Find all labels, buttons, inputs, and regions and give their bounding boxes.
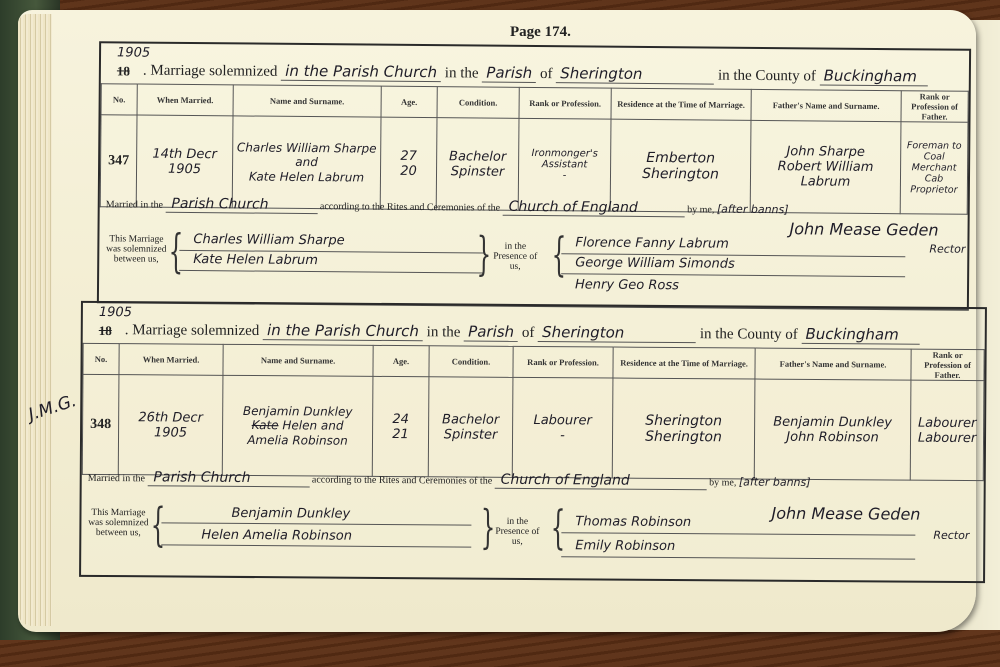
signature-bride: Helen Amelia Robinson [161,527,471,547]
register-table: No.When Married.Name and Surname.Age.Con… [82,343,985,481]
column-header: No. [101,84,137,115]
parish: Sherington [556,64,714,84]
year-printed-struck: 18 [99,323,112,339]
label-according-to: according to the Rites and Ceremonies of… [320,201,500,214]
rites-value: Church of England [503,199,685,218]
groom-age: 24 [376,411,425,426]
column-header: Condition. [429,346,513,378]
groom-rank: Ironmonger's Assistant [522,148,607,171]
bride-name: Kate Helen Labrum [236,169,377,185]
date-day: 26th Decr [122,410,219,426]
place: in the Parish Church [263,321,423,341]
column-header: When Married. [119,344,223,376]
groom-father-rank: Labourer [914,415,980,430]
witness-1: Florence Fanny Labrum [561,235,905,257]
column-header: Name and Surname. [233,85,381,117]
joiner: Helen and [282,419,343,433]
bride-residence: Sherington [616,428,751,445]
label-marriage-solemnized: . Marriage solemnized [143,63,278,80]
label-marriage-solemnized: . Marriage solemnized [125,322,260,339]
column-header: Father's Name and Surname. [755,348,911,380]
bride-age: 20 [384,163,433,178]
page-edges [18,14,52,626]
column-header: Name and Surname. [223,344,373,376]
label-county: in the County of [700,326,798,343]
bride-father-rank: Labourer [914,430,980,445]
year-written: 1905 [99,305,132,320]
entry-number: 348 [82,374,119,474]
date-year: 1905 [140,161,229,177]
signature-groom: Benjamin Dunkley [161,505,471,525]
register-table: No.When Married.Name and Surname.Age.Con… [100,83,969,215]
witness-1: Thomas Robinson [561,514,915,535]
groom-name: Charles William Sharpe [236,140,377,156]
bride-father: John Robinson [758,429,907,445]
column-header: Age. [373,345,429,376]
label-married-in: Married in the [88,473,145,484]
column-header: Rank or Profession of Father. [901,91,968,123]
banns-note: [after banns] [717,203,789,217]
date-year: 1905 [122,425,219,441]
banns-note: [after banns] [739,475,811,489]
groom-father-rank: Foreman to Coal Merchant [904,140,964,174]
label-of: of [522,325,535,341]
column-header: Residence at the Time of Marriage. [613,347,755,379]
label-in-presence: in the Presence of us, [489,243,541,273]
bride-residence: Sherington [614,165,747,182]
minister-title: Rector [929,242,965,255]
page-number: Page 174. [510,24,571,41]
year-written: 1905 [117,45,150,60]
groom-residence: Sherington [616,412,751,429]
groom-rank: Labourer [516,412,609,428]
bride-father-rank: Cab Proprietor [904,173,964,196]
groom-name: Benjamin Dunkley [226,404,369,419]
column-header: Rank or Profession of Father. [911,349,984,381]
entry-heading: 1905 18 . Marriage solemnized in the Par… [89,307,979,349]
groom-condition: Bachelor [440,149,515,165]
label-this-marriage: This Marriage was solemnized between us, [103,235,169,265]
bride-condition: Spinster [432,427,509,443]
year-printed-struck: 18 [117,63,130,79]
column-header: Rank or Profession. [513,346,613,378]
label-in-the: in the [427,324,461,340]
bride-rank: - [516,427,609,443]
bride-name: Amelia Robinson [226,433,369,448]
label-of: of [540,66,553,82]
signature-bride: Kate Helen Labrum [179,252,483,274]
label-according-to: according to the Rites and Ceremonies of… [312,474,492,486]
rites-value: Church of England [495,472,707,490]
marriage-entry-348: 1905 18 . Marriage solemnized in the Par… [79,301,987,583]
parish: Sherington [538,323,696,343]
column-header: Residence at the Time of Marriage. [611,88,751,120]
column-header: Age. [381,86,437,117]
bride-condition: Spinster [440,164,515,180]
column-header: Condition. [437,87,519,119]
minister-title: Rector [933,529,969,542]
label-in-the: in the [445,65,479,81]
witness-2: George William Simonds [561,255,905,277]
groom-father: John Sharpe [754,144,897,160]
district-type: Parish [482,64,536,83]
groom-condition: Bachelor [432,412,509,428]
label-by-me: by me, [687,204,714,215]
label-county: in the County of [718,68,816,85]
signature-groom: Charles William Sharpe [179,232,483,254]
groom-residence: Emberton [614,149,747,166]
column-header: No. [83,343,119,374]
entry-number: 347 [100,115,137,207]
joiner: and [236,155,377,171]
bride-rank: - [522,170,607,182]
groom-father: Benjamin Dunkley [758,414,907,430]
witness-2: Emily Robinson [561,538,915,559]
place: in the Parish Church [281,62,441,82]
bride-father: Robert William Labrum [754,159,897,190]
bride-age: 21 [376,426,425,441]
label-married-in: Married in the [106,199,163,210]
column-header: Father's Name and Surname. [751,89,901,121]
district-type: Parish [464,323,518,342]
label-by-me: by me, [709,477,736,488]
bride-name-struck: Kate [252,418,279,432]
county: Buckingham [801,325,919,345]
label-in-presence: in the Presence of us, [491,518,543,548]
witness-3: Henry Geo Ross [561,277,705,296]
groom-age: 27 [384,148,433,163]
marriage-entry-347: 1905 18 . Marriage solemnized in the Par… [97,41,971,311]
column-header: Rank or Profession. [519,87,611,119]
married-in-value: Parish Church [147,469,309,487]
married-in-value: Parish Church [165,196,317,214]
column-header: When Married. [137,84,233,116]
date-day: 14th Decr [140,146,229,162]
county: Buckingham [820,66,928,86]
label-this-marriage: This Marriage was solemnized between us, [85,509,151,539]
